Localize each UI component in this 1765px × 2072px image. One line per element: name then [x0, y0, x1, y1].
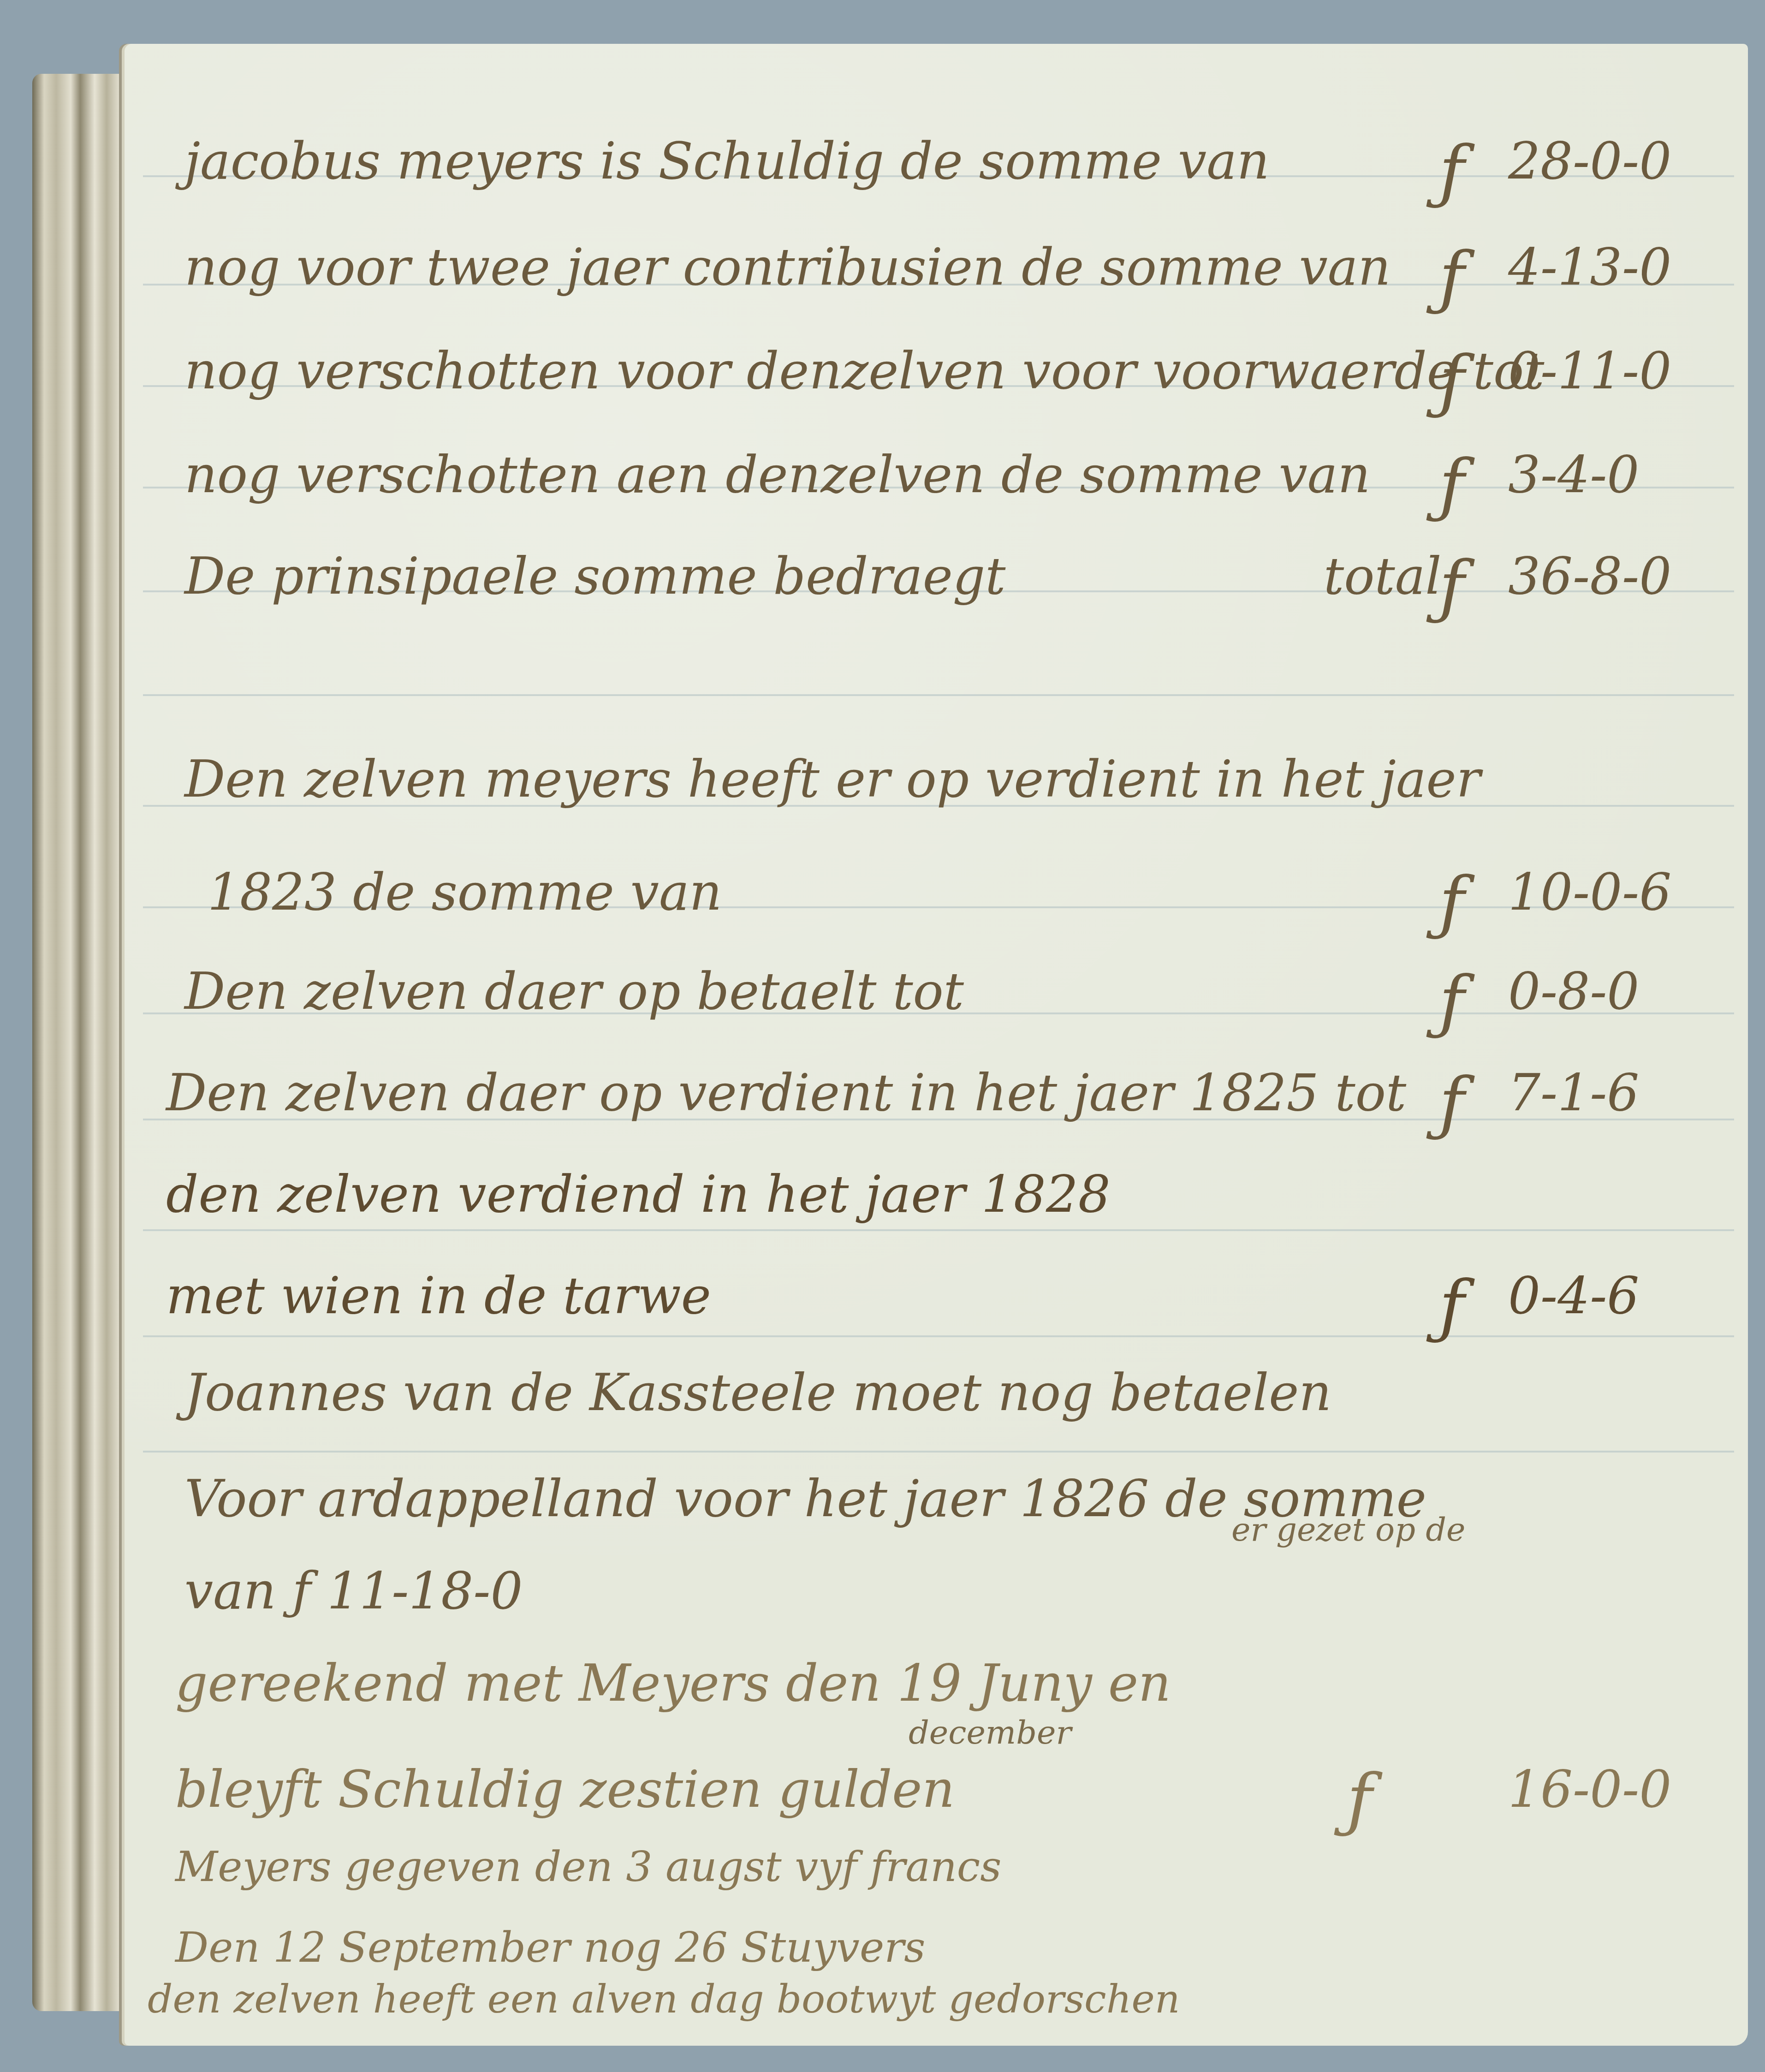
entry-text: Den 12 September nog 26 Stuyvers: [175, 1923, 925, 1972]
entry-text: den zelven verdiend in het jaer 1828: [166, 1165, 1111, 1224]
florin-symbol: ƒ: [1439, 962, 1465, 1042]
entry-amount: 10-0-6: [1508, 863, 1671, 922]
entry-text: 1823 de somme van: [208, 863, 722, 922]
interlinear-note: er gezet op de: [1231, 1511, 1466, 1548]
interlinear-note: december: [909, 1714, 1071, 1751]
entry-text: jacobus meyers is Schuldig de somme van: [184, 131, 1270, 191]
florin-symbol: ƒ: [1439, 1063, 1465, 1143]
entry-amount: 0-4-6: [1508, 1266, 1639, 1325]
entry-text: den zelven heeft een alven dag bootwyt g…: [148, 1977, 1180, 2022]
ruled-line: [143, 1335, 1734, 1337]
florin-symbol: ƒ: [1439, 863, 1465, 943]
ruled-line: [143, 694, 1734, 696]
ruled-line: [143, 1229, 1734, 1231]
entry-amount: 36-8-0: [1508, 547, 1671, 606]
florin-symbol: ƒ: [1439, 238, 1465, 318]
entry-text: nog verschotten aen denzelven de somme v…: [184, 445, 1370, 504]
florin-symbol: ƒ: [1347, 1760, 1373, 1840]
entry-text: met wien in de tarwe: [166, 1266, 711, 1325]
entry-text: nog verschotten voor denzelven voor voor…: [184, 341, 1544, 400]
entry-text: gereekend met Meyers den 19 Juny en: [175, 1654, 1171, 1713]
entry-amount: 0-8-0: [1508, 962, 1639, 1021]
entry-text: Den zelven daer op verdient in het jaer …: [166, 1063, 1406, 1122]
entry-text: Meyers gegeven den 3 augst vyf francs: [175, 1843, 1001, 1891]
entry-amount: 3-4-0: [1508, 445, 1639, 504]
entry-text: Den zelven daer op betaelt tot: [184, 962, 964, 1021]
florin-symbol: ƒ: [1439, 445, 1465, 525]
entry-amount: 0-11-0: [1508, 341, 1671, 400]
florin-symbol: ƒ: [1439, 547, 1465, 627]
entry-text: Den zelven meyers heeft er op verdient i…: [184, 750, 1480, 809]
entry-amount: 28-0-0: [1508, 131, 1671, 191]
total-label: total: [1324, 547, 1441, 606]
florin-symbol: ƒ: [1439, 341, 1465, 422]
entry-text: Joannes van de Kassteele moet nog betael…: [184, 1363, 1331, 1422]
entry-amount: 7-1-6: [1508, 1063, 1639, 1122]
entry-text: van ƒ 11-18-0: [184, 1561, 523, 1620]
entry-amount: 16-0-0: [1508, 1760, 1671, 1819]
entry-text: bleyft Schuldig zestien gulden: [175, 1760, 955, 1819]
entry-text: De prinsipaele somme bedraegt: [184, 547, 1005, 606]
ledger-page: jacobus meyers is Schuldig de somme van …: [125, 44, 1748, 2046]
florin-symbol: ƒ: [1439, 1266, 1465, 1346]
entry-text: nog voor twee jaer contribusien de somme…: [184, 238, 1391, 297]
entry-amount: 4-13-0: [1508, 238, 1671, 297]
florin-symbol: ƒ: [1439, 131, 1465, 212]
ruled-line: [143, 1451, 1734, 1453]
